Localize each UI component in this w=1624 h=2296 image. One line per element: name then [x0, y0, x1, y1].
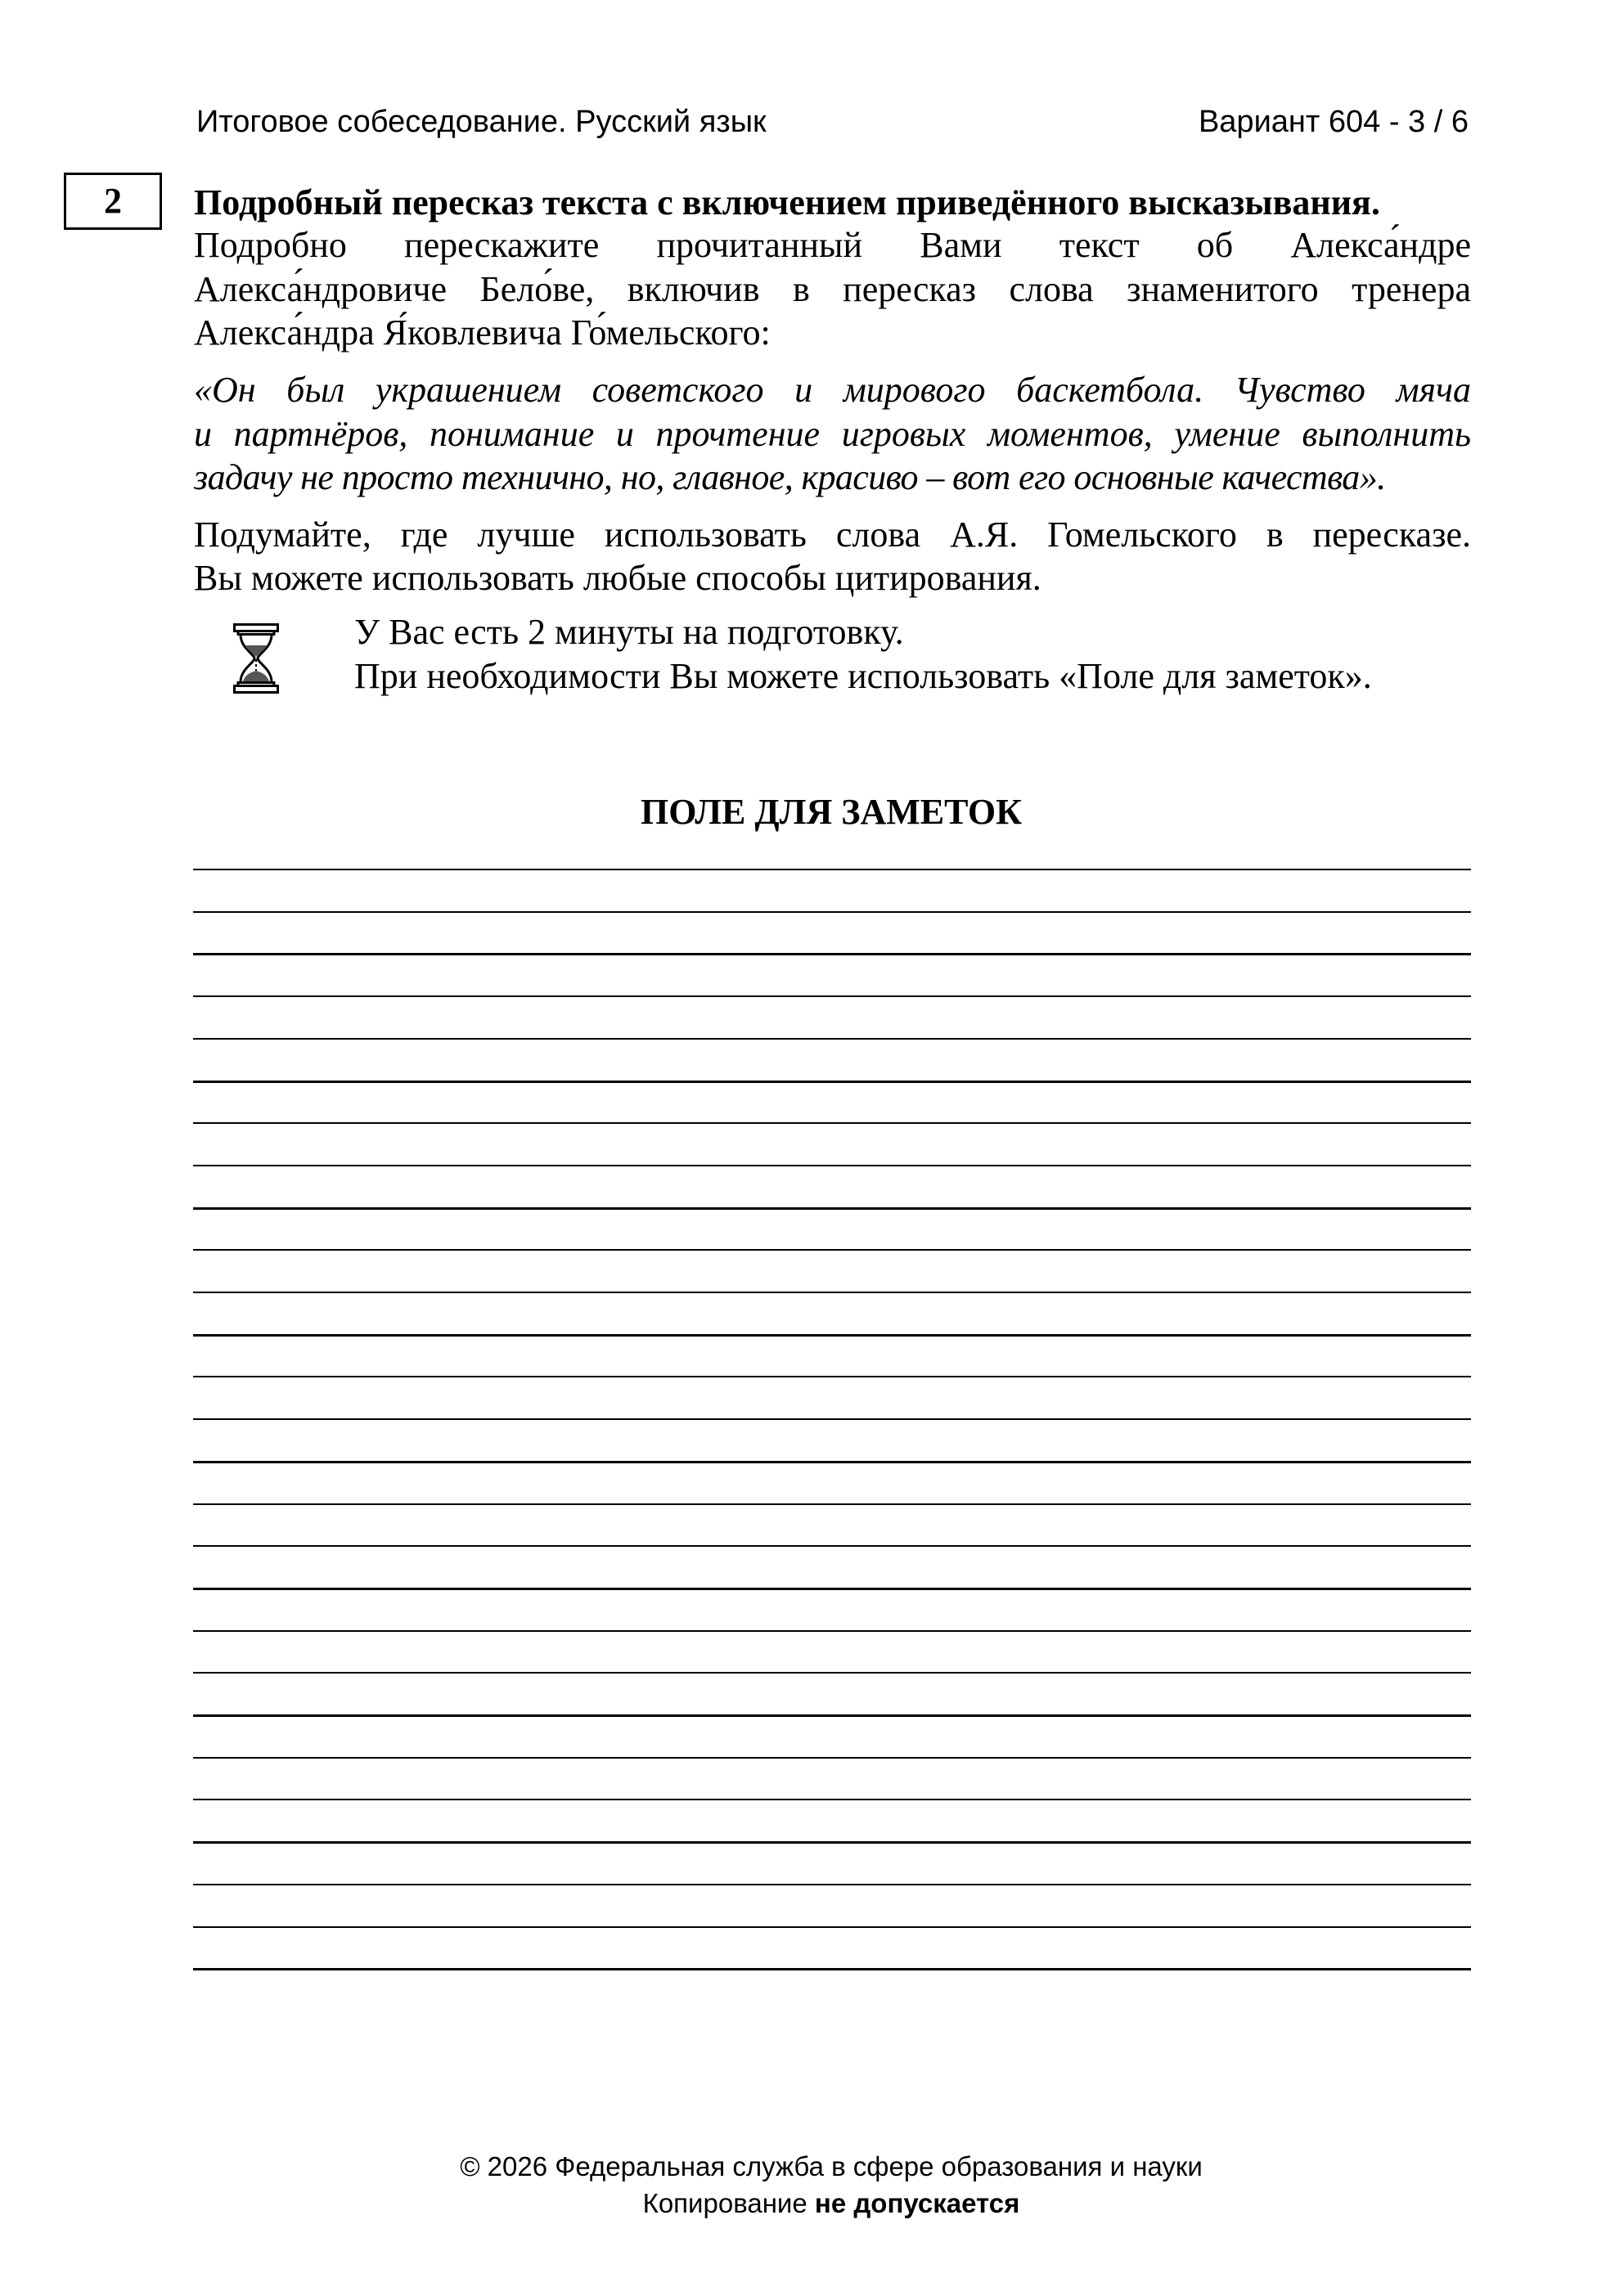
notes-line: [193, 953, 1471, 955]
timer-line-1: У Вас есть 2 минуты на подготовку.: [354, 610, 904, 654]
notes-line: [193, 911, 1471, 913]
notes-line: [193, 1292, 1471, 1293]
notes-line: [193, 1165, 1471, 1166]
footer-copyright: © 2026 Федеральная служба в сфере образо…: [0, 2148, 1624, 2185]
footer-copy-bold: не допускается: [815, 2188, 1020, 2218]
notes-line: [193, 1588, 1471, 1590]
notes-line: [193, 1968, 1471, 1970]
footer-copy-notice: Копирование не допускается: [0, 2185, 1624, 2222]
header-variant-page: Вариант 604 - 3 / 6: [1199, 101, 1469, 142]
task-number-box: 2: [64, 173, 162, 230]
notes-line: [193, 1757, 1471, 1759]
instruction-line-1: Подробно перескажите прочитанный Вами те…: [194, 223, 1471, 267]
advice-line-1: Подумайте, где лучше использовать слова …: [194, 513, 1471, 557]
notes-line: [193, 1334, 1471, 1337]
notes-line: [193, 1799, 1471, 1800]
notes-line: [193, 995, 1471, 997]
advice-line-2: Вы можете использовать любые способы цит…: [194, 556, 1471, 600]
notes-line: [193, 1249, 1471, 1251]
notes-line: [193, 1714, 1471, 1717]
notes-line: [193, 1038, 1471, 1040]
quote-line-2: и партнёров, понимание и прочтение игров…: [194, 412, 1471, 456]
instruction-line-2: Алекса́ндровиче Бело́ве, включив в перес…: [194, 267, 1471, 312]
notes-line: [193, 1884, 1471, 1885]
notes-line: [193, 1418, 1471, 1420]
notes-line: [193, 1545, 1471, 1547]
notes-line: [193, 1461, 1471, 1463]
notes-title: ПОЛЕ ДЛЯ ЗАМЕТОК: [0, 790, 1624, 834]
quote-line-1: «Он был украшением советского и мирового…: [194, 368, 1471, 412]
task-title: Подробный пересказ текста с включением п…: [194, 181, 1471, 225]
footer: © 2026 Федеральная служба в сфере образо…: [0, 2148, 1624, 2222]
instruction-line-3: Алекса́ндра Я́ковлевича Го́мельского:: [194, 311, 1471, 355]
notes-line: [193, 1122, 1471, 1124]
notes-line: [193, 1503, 1471, 1505]
footer-copy-prefix: Копирование: [643, 2188, 815, 2218]
notes-line: [193, 1630, 1471, 1632]
notes-line: [193, 869, 1471, 870]
timer-line-2: При необходимости Вы можете использовать…: [354, 654, 1372, 699]
hourglass-icon: [233, 623, 279, 694]
notes-line: [193, 1376, 1471, 1377]
header-subject: Итоговое собеседование. Русский язык: [196, 101, 767, 142]
notes-line: [193, 1081, 1471, 1083]
notes-line: [193, 1841, 1471, 1844]
quote-line-3: задачу не просто технично, но, главное, …: [194, 456, 1471, 500]
notes-line: [193, 1926, 1471, 1928]
notes-line: [193, 1207, 1471, 1210]
notes-line: [193, 1672, 1471, 1674]
